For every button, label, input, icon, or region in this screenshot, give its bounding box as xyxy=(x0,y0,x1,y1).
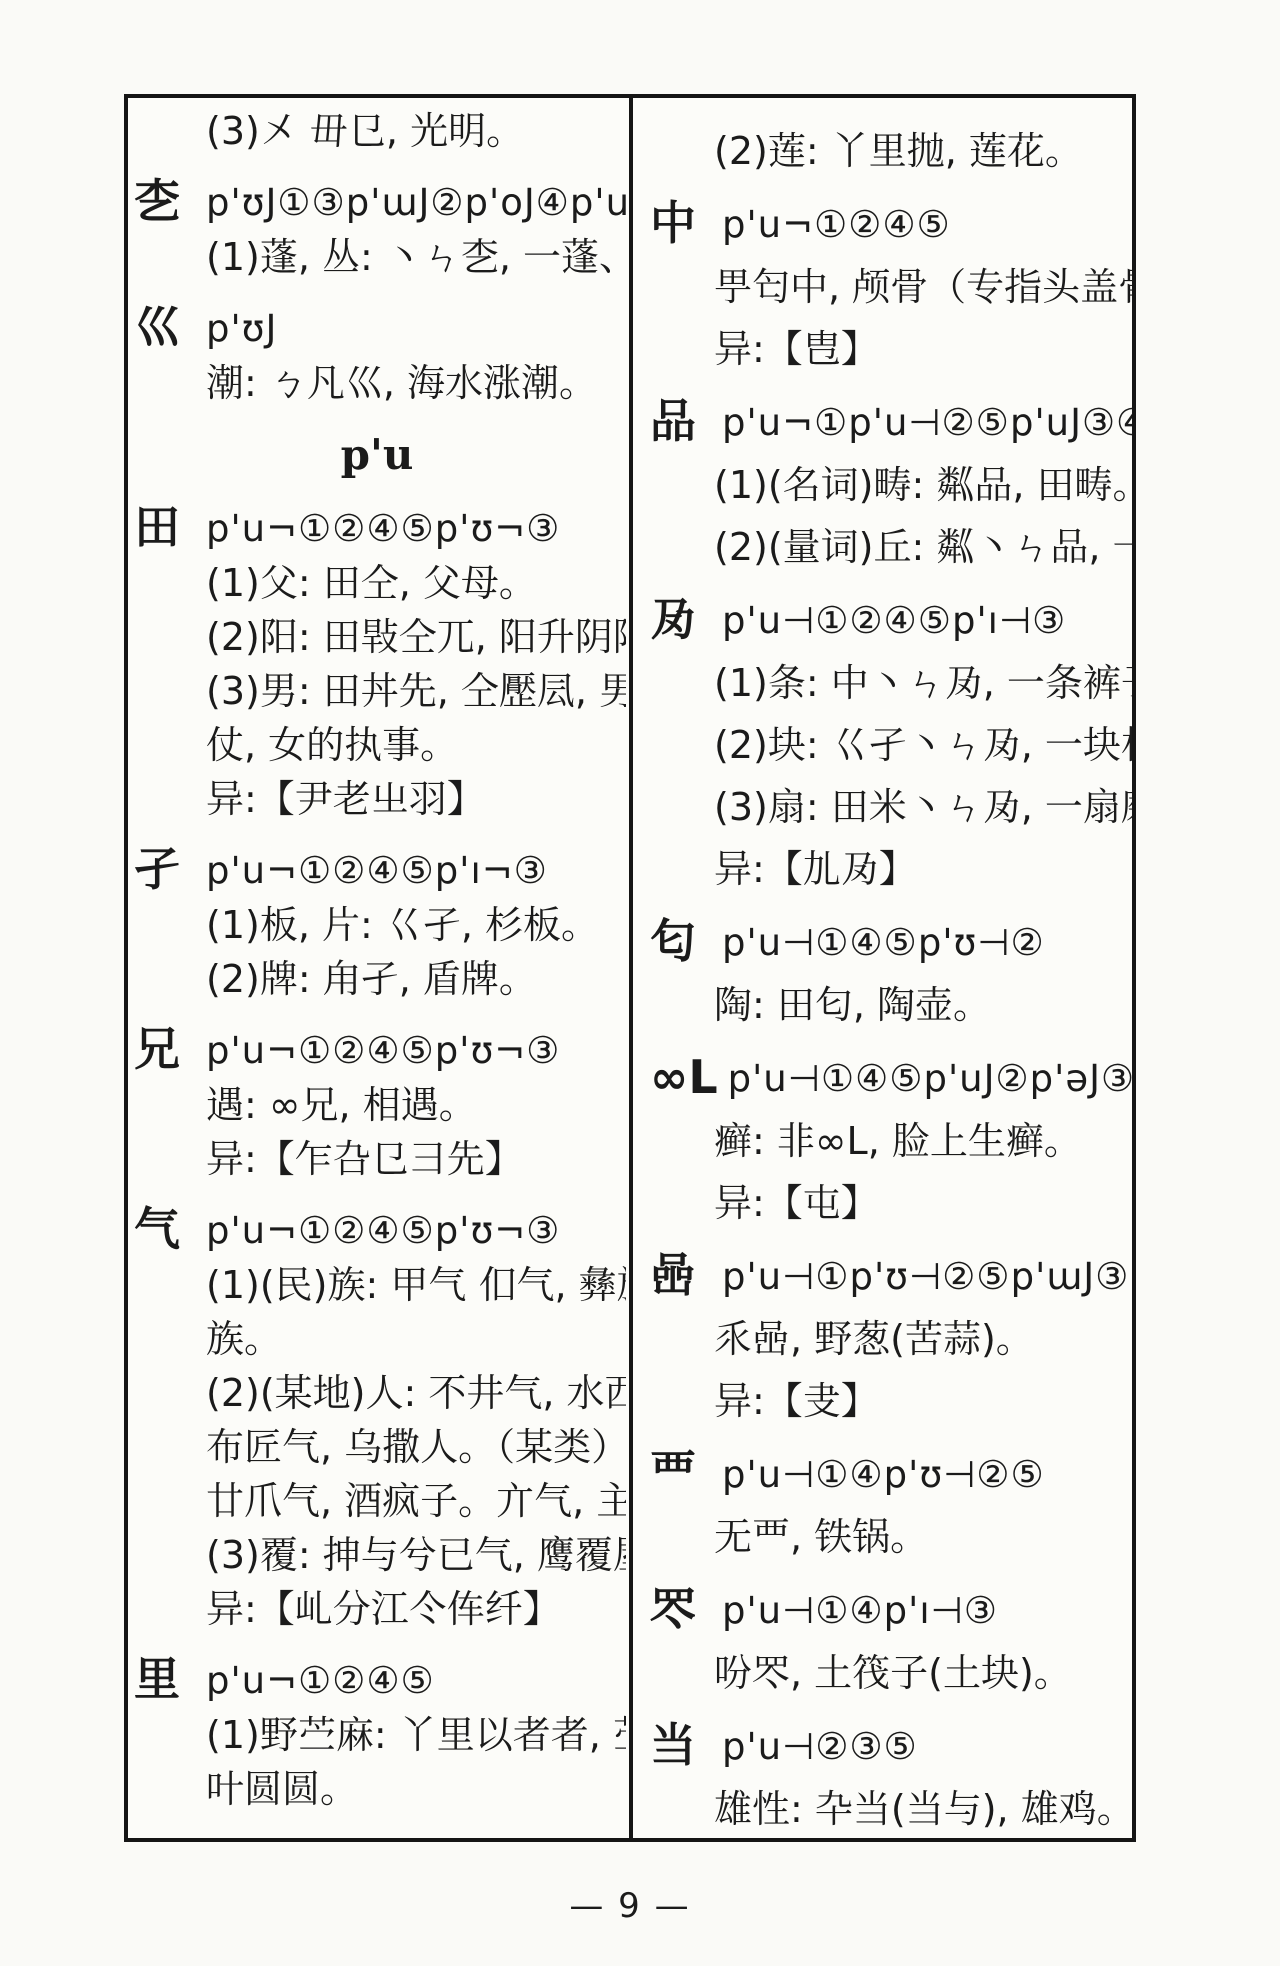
entry-definition-line: (2)块: 巜孑丶ㄣ夃, 一块杉板。 xyxy=(714,714,1132,776)
entry-definition-line: (1)父: 田仝, 父母。 xyxy=(206,556,626,610)
entry-definition-line: (2)(量词)丘: 粼丶ㄣ品, 一丘田。 xyxy=(714,516,1132,578)
entry-pronunciation: p'ʊJ①③p'ɯJ②p'oJ④p'uJ⑤ xyxy=(206,174,626,230)
entry-headword-glyph: 田 xyxy=(134,500,196,554)
column-divider xyxy=(629,94,633,1842)
scanned-dictionary-page: (3)㐅 毌㔾, 光明。朰p'ʊJ①③p'ɯJ②p'oJ④p'uJ⑤(1)蓬, … xyxy=(0,0,1280,1966)
dictionary-entry: 气p'u¬①②④⑤p'ʊ¬③(1)(民)族: 甲气 㐰气, 彝族汉族。(2)(某… xyxy=(128,1202,626,1636)
entry-definition-line: 异:【尹老㞢羽】 xyxy=(206,772,626,826)
dictionary-entry: 孑p'u¬①②④⑤p'ı¬③(1)板, 片: 巜孑, 杉板。(2)牌: 甪孑, … xyxy=(128,842,626,1006)
dictionary-entry: 兄p'u¬①②④⑤p'ʊ¬③遇: ∞兄, 相遇。异:【乍叴㔾彐先】 xyxy=(128,1022,626,1186)
entry-headword-glyph: 里 xyxy=(134,1652,196,1706)
entry-headword-glyph: 喦 xyxy=(650,1244,712,1306)
entry-headword-glyph: ∞L xyxy=(650,1046,718,1108)
entry-head-row: 匂p'u⊣①④⑤p'ʊ⊣② xyxy=(636,910,1132,974)
entry-head-row: 里p'u¬①②④⑤ xyxy=(128,1652,626,1708)
entry-definition-line: (2)牌: 甪孑, 盾牌。 xyxy=(206,952,626,1006)
entry-headword-glyph: 孑 xyxy=(134,842,196,896)
entry-definitions: (2)莲: 丫里抛, 莲花。 xyxy=(636,120,1132,182)
entry-pronunciation: p'u¬①②④⑤p'ʊ¬③ xyxy=(206,1022,560,1078)
entry-head-row: 中p'u¬①②④⑤ xyxy=(636,192,1132,256)
dictionary-entry: 罖p'u⊣①④p'ı⊣③吩罖, 土筏子(土块)。 xyxy=(636,1578,1132,1704)
dictionary-entry: 中p'u¬①②④⑤甼匄中, 颅骨（专指头盖骨）。异:【㕀】 xyxy=(636,192,1132,380)
entry-pronunciation: p'u¬①p'u⊣②⑤p'uJ③④ xyxy=(722,390,1132,454)
entry-definition-line: 异:【叏】 xyxy=(714,1370,1132,1432)
entry-definition-line: (1)条: 中丶ㄣ夃, 一条裤子。 xyxy=(714,652,1132,714)
entry-headword-glyph: 朰 xyxy=(134,174,196,228)
entry-definitions: 甼匄中, 颅骨（专指头盖骨）。异:【㕀】 xyxy=(636,256,1132,380)
dictionary-entry: 巛p'ʊJ潮: ㄅ凡巛, 海水涨潮。 xyxy=(128,300,626,410)
entry-definition-line: (1)(名词)畴: 粼品, 田畴。 xyxy=(714,454,1132,516)
dictionary-entry: 喦p'u⊣①p'ʊ⊣②⑤p'ɯJ③p'ɯJ④乑喦, 野葱(苦蒜)。异:【叏】 xyxy=(636,1244,1132,1432)
entry-pronunciation: p'u¬①②④⑤ xyxy=(722,192,951,256)
entry-pronunciation: p'u¬①②④⑤ xyxy=(206,1652,435,1708)
entry-headword-glyph: 夃 xyxy=(650,588,712,650)
entry-pronunciation: p'u¬①②④⑤p'ʊ¬③ xyxy=(206,1202,560,1258)
entry-definition-line: 布匠气, 乌撒人。（某类）人: xyxy=(206,1420,626,1474)
entry-head-row: 朰p'ʊJ①③p'ɯJ②p'oJ④p'uJ⑤ xyxy=(128,174,626,230)
entry-definition-line: (1)野苎麻: 丫里以者者, 苎麻 xyxy=(206,1708,626,1762)
entry-definitions: (1)野苎麻: 丫里以者者, 苎麻叶圆圆。 xyxy=(128,1708,626,1816)
entry-continuation: (2)莲: 丫里抛, 莲花。 xyxy=(636,120,1132,182)
dictionary-entry: 朰p'ʊJ①③p'ɯJ②p'oJ④p'uJ⑤(1)蓬, 丛: 丶ㄣ朰, 一蓬、一… xyxy=(128,174,626,284)
entry-pronunciation: p'u¬①②④⑤p'ʊ¬③ xyxy=(206,500,560,556)
column-right: (2)莲: 丫里抛, 莲花。中p'u¬①②④⑤甼匄中, 颅骨（专指头盖骨）。异:… xyxy=(636,94,1132,1842)
dictionary-entry: 里p'u¬①②④⑤(1)野苎麻: 丫里以者者, 苎麻叶圆圆。 xyxy=(128,1652,626,1816)
entry-definition-line: 异:【乢分江仒伡纤】 xyxy=(206,1582,626,1636)
entry-definitions: 无覀, 铁锅。 xyxy=(636,1506,1132,1568)
entry-definition-line: 潮: ㄅ凡巛, 海水涨潮。 xyxy=(206,356,626,410)
entry-definitions: 癣: 非∞L, 脸上生癣。异:【屯】 xyxy=(636,1110,1132,1234)
dictionary-entry: ∞Lp'u⊣①④⑤p'uJ②p'əJ③癣: 非∞L, 脸上生癣。异:【屯】 xyxy=(636,1046,1132,1234)
entry-definition-line: 异:【乍叴㔾彐先】 xyxy=(206,1132,626,1186)
entry-definitions: 潮: ㄅ凡巛, 海水涨潮。 xyxy=(128,356,626,410)
entry-definition-line: (3)㐅 毌㔾, 光明。 xyxy=(206,104,626,158)
section-header: p'u xyxy=(128,426,626,484)
entry-pronunciation: p'u⊣①④⑤p'ʊ⊣② xyxy=(722,910,1045,974)
entry-definitions: (1)条: 中丶ㄣ夃, 一条裤子。(2)块: 巜孑丶ㄣ夃, 一块杉板。(3)扇:… xyxy=(636,652,1132,900)
entry-head-row: 兄p'u¬①②④⑤p'ʊ¬③ xyxy=(128,1022,626,1078)
dictionary-entry: 匂p'u⊣①④⑤p'ʊ⊣②陶: 田匂, 陶壶。 xyxy=(636,910,1132,1036)
entry-definitions: 遇: ∞兄, 相遇。异:【乍叴㔾彐先】 xyxy=(128,1078,626,1186)
entry-head-row: 罖p'u⊣①④p'ı⊣③ xyxy=(636,1578,1132,1642)
entry-continuation: (3)㐅 毌㔾, 光明。 xyxy=(128,104,626,158)
entry-definition-line: (1)(民)族: 甲气 㐰气, 彝族汉 xyxy=(206,1258,626,1312)
entry-definitions: (1)板, 片: 巜孑, 杉板。(2)牌: 甪孑, 盾牌。 xyxy=(128,898,626,1006)
entry-pronunciation: p'u⊣①④p'ʊ⊣②⑤ xyxy=(722,1442,1045,1506)
entry-pronunciation: p'u⊣①②④⑤p'ı⊣③ xyxy=(722,588,1066,652)
entry-head-row: ∞Lp'u⊣①④⑤p'uJ②p'əJ③ xyxy=(636,1046,1132,1110)
entry-head-row: 巛p'ʊJ xyxy=(128,300,626,356)
entry-definitions: (1)(民)族: 甲气 㐰气, 彝族汉族。(2)(某地)人: 不井气, 水西人。… xyxy=(128,1258,626,1636)
entry-headword-glyph: 品 xyxy=(650,390,712,452)
entry-head-row: 孑p'u¬①②④⑤p'ı¬③ xyxy=(128,842,626,898)
entry-definition-line: 陶: 田匂, 陶壶。 xyxy=(714,974,1132,1036)
entry-definition-line: 雄性: 卆当(当与), 雄鸡。 xyxy=(714,1778,1132,1840)
entry-definitions: (1)蓬, 丛: 丶ㄣ朰, 一蓬、一丛。 xyxy=(128,230,626,284)
entry-headword-glyph: 中 xyxy=(650,192,712,254)
entry-definition-line: 癣: 非∞L, 脸上生癣。 xyxy=(714,1110,1132,1172)
entry-definition-line: 异:【劜夃】 xyxy=(714,838,1132,900)
entry-definition-line: 遇: ∞兄, 相遇。 xyxy=(206,1078,626,1132)
entry-definition-line: (3)覆: 抻与兮已气, 鹰覆屋脊。 xyxy=(206,1528,626,1582)
entry-headword-glyph: 巛 xyxy=(134,300,196,354)
entry-head-row: 当p'u⊣②③⑤ xyxy=(636,1714,1132,1778)
column-left: (3)㐅 毌㔾, 光明。朰p'ʊJ①③p'ɯJ②p'oJ④p'uJ⑤(1)蓬, … xyxy=(128,94,626,1842)
section-header-block: p'u xyxy=(128,426,626,484)
entry-definition-line: (2)阳: 田㪋仝兀, 阳升阴降。 xyxy=(206,610,626,664)
entry-headword-glyph: 罖 xyxy=(650,1578,712,1640)
entry-headword-glyph: 匂 xyxy=(650,910,712,972)
entry-definition-line: (3)男: 田丼先, 仝㱘凨, 男的打 xyxy=(206,664,626,718)
dictionary-entry: 品p'u¬①p'u⊣②⑤p'uJ③④(1)(名词)畴: 粼品, 田畴。(2)(量… xyxy=(636,390,1132,578)
dictionary-entry: 当p'u⊣②③⑤雄性: 卆当(当与), 雄鸡。 xyxy=(636,1714,1132,1840)
entry-headword-glyph: 气 xyxy=(134,1202,196,1256)
entry-definition-line: 异:【屯】 xyxy=(714,1172,1132,1234)
entry-definitions: (3)㐅 毌㔾, 光明。 xyxy=(128,104,626,158)
entry-head-row: 气p'u¬①②④⑤p'ʊ¬③ xyxy=(128,1202,626,1258)
entry-definitions: 雄性: 卆当(当与), 雄鸡。 xyxy=(636,1778,1132,1840)
entry-definition-line: (3)扇: 田米丶ㄣ夃, 一扇磨子。 xyxy=(714,776,1132,838)
dictionary-entry: 夃p'u⊣①②④⑤p'ı⊣③(1)条: 中丶ㄣ夃, 一条裤子。(2)块: 巜孑丶… xyxy=(636,588,1132,900)
entry-definition-line: (1)蓬, 丛: 丶ㄣ朰, 一蓬、一丛。 xyxy=(206,230,626,284)
dictionary-entry: 田p'u¬①②④⑤p'ʊ¬③(1)父: 田仝, 父母。(2)阳: 田㪋仝兀, 阳… xyxy=(128,500,626,826)
entry-definition-line: (2)莲: 丫里抛, 莲花。 xyxy=(714,120,1132,182)
entry-head-row: 喦p'u⊣①p'ʊ⊣②⑤p'ɯJ③p'ɯJ④ xyxy=(636,1244,1132,1308)
entry-definition-line: 叶圆圆。 xyxy=(206,1762,626,1816)
entry-head-row: 田p'u¬①②④⑤p'ʊ¬③ xyxy=(128,500,626,556)
entry-definition-line: 吩罖, 土筏子(土块)。 xyxy=(714,1642,1132,1704)
entry-definitions: (1)父: 田仝, 父母。(2)阳: 田㪋仝兀, 阳升阴降。(3)男: 田丼先,… xyxy=(128,556,626,826)
dictionary-entry: 覀p'u⊣①④p'ʊ⊣②⑤无覀, 铁锅。 xyxy=(636,1442,1132,1568)
entry-definitions: 乑喦, 野葱(苦蒜)。异:【叏】 xyxy=(636,1308,1132,1432)
entry-head-row: 夃p'u⊣①②④⑤p'ı⊣③ xyxy=(636,588,1132,652)
entry-definition-line: (2)(某地)人: 不井气, 水西人。 xyxy=(206,1366,626,1420)
entry-pronunciation: p'u⊣①④p'ı⊣③ xyxy=(722,1578,998,1642)
entry-definition-line: 甼匄中, 颅骨（专指头盖骨）。 xyxy=(714,256,1132,318)
entry-definitions: (1)(名词)畴: 粼品, 田畴。(2)(量词)丘: 粼丶ㄣ品, 一丘田。 xyxy=(636,454,1132,578)
entry-pronunciation: p'u⊣①④⑤p'uJ②p'əJ③ xyxy=(728,1046,1132,1110)
entry-headword-glyph: 覀 xyxy=(650,1442,712,1504)
entry-head-row: 覀p'u⊣①④p'ʊ⊣②⑤ xyxy=(636,1442,1132,1506)
entry-definitions: 陶: 田匂, 陶壶。 xyxy=(636,974,1132,1036)
entry-pronunciation: p'u⊣①p'ʊ⊣②⑤p'ɯJ③p'ɯJ④ xyxy=(722,1244,1132,1308)
entry-pronunciation: p'ʊJ xyxy=(206,300,277,356)
entry-definitions: 吩罖, 土筏子(土块)。 xyxy=(636,1642,1132,1704)
page-number: — 9 — xyxy=(124,1886,1136,1926)
entry-head-row: 品p'u¬①p'u⊣②⑤p'uJ③④ xyxy=(636,390,1132,454)
entry-definition-line: 仗, 女的执事。 xyxy=(206,718,626,772)
entry-pronunciation: p'u⊣②③⑤ xyxy=(722,1714,918,1778)
entry-headword-glyph: 兄 xyxy=(134,1022,196,1076)
entry-definition-line: 异:【㕀】 xyxy=(714,318,1132,380)
entry-definition-line: 廿爪气, 酒疯子。亣气, 主人。 xyxy=(206,1474,626,1528)
entry-definition-line: 乑喦, 野葱(苦蒜)。 xyxy=(714,1308,1132,1370)
entry-definition-line: 族。 xyxy=(206,1312,626,1366)
entry-definition-line: (1)板, 片: 巜孑, 杉板。 xyxy=(206,898,626,952)
entry-pronunciation: p'u¬①②④⑤p'ı¬③ xyxy=(206,842,548,898)
entry-headword-glyph: 当 xyxy=(650,1714,712,1776)
entry-definition-line: 无覀, 铁锅。 xyxy=(714,1506,1132,1568)
